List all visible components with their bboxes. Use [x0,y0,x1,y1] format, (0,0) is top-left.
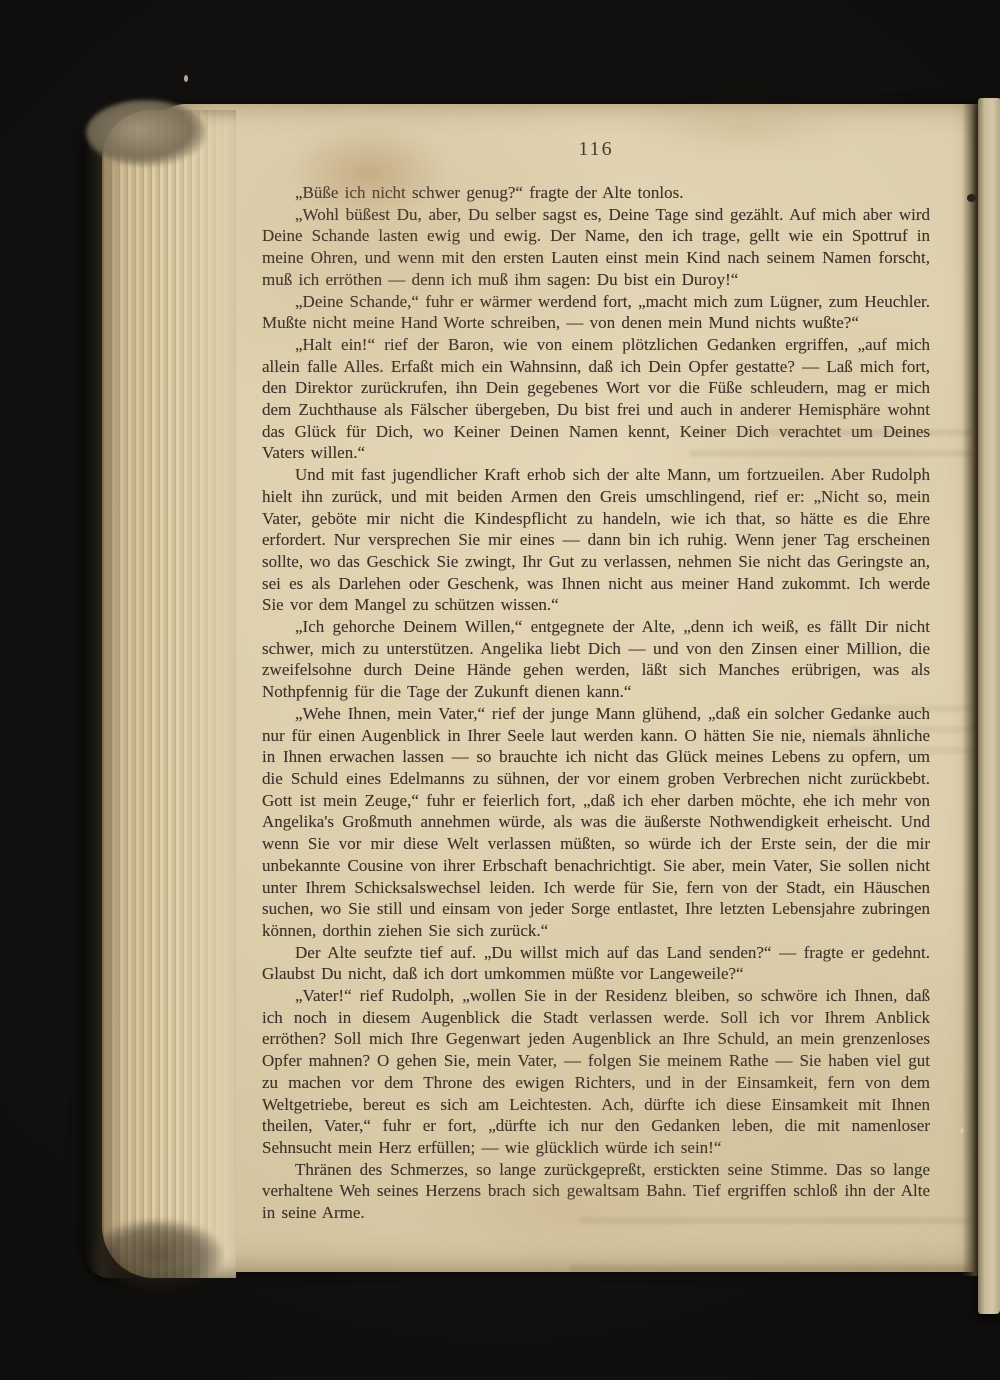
book-page: 116 „Büße ich nicht schwer genug?“ fragt… [150,104,977,1272]
page-number: 116 [262,138,930,161]
paragraph: „Wohl büßest Du, aber, Du selber sagst e… [262,204,930,291]
dust-speck [184,75,188,82]
body-text: „Büße ich nicht schwer genug?“ fragte de… [262,182,930,1224]
paragraph: Der Alte seufzte tief auf. „Du willst mi… [262,942,930,985]
paragraph: „Wehe Ihnen, mein Vater,“ rief der junge… [262,703,930,942]
paragraph: „Halt ein!“ rief der Baron, wie von eine… [262,334,930,464]
paragraph: „Büße ich nicht schwer genug?“ fragte de… [262,182,930,204]
book: 116 „Büße ich nicht schwer genug?“ fragt… [0,0,1000,1380]
worn-corner-bottom [92,1220,222,1290]
worn-corner-top [86,100,206,166]
paragraph: „Ich gehorche Deinem Willen,“ entgegnete… [262,616,930,703]
photo-of-book: { "colors": { "background": "#0f0e0c", "… [0,0,1000,1380]
gutter-shadow [962,104,978,1276]
paragraph: „Vater!“ rief Rudolph, „wollen Sie in de… [262,985,930,1159]
paragraph: „Deine Schande,“ fuhr er wärmer werdend … [262,291,930,334]
bleedthrough-smudge [570,1260,1000,1282]
paragraph: Thränen des Schmerzes, so lange zurückge… [262,1159,930,1224]
facing-page-edge [978,98,1000,1314]
fore-edge-page-stack [102,110,236,1278]
printed-area: 116 „Büße ich nicht schwer genug?“ fragt… [262,138,930,1224]
paragraph: Und mit fast jugendlicher Kraft erhob si… [262,464,930,616]
